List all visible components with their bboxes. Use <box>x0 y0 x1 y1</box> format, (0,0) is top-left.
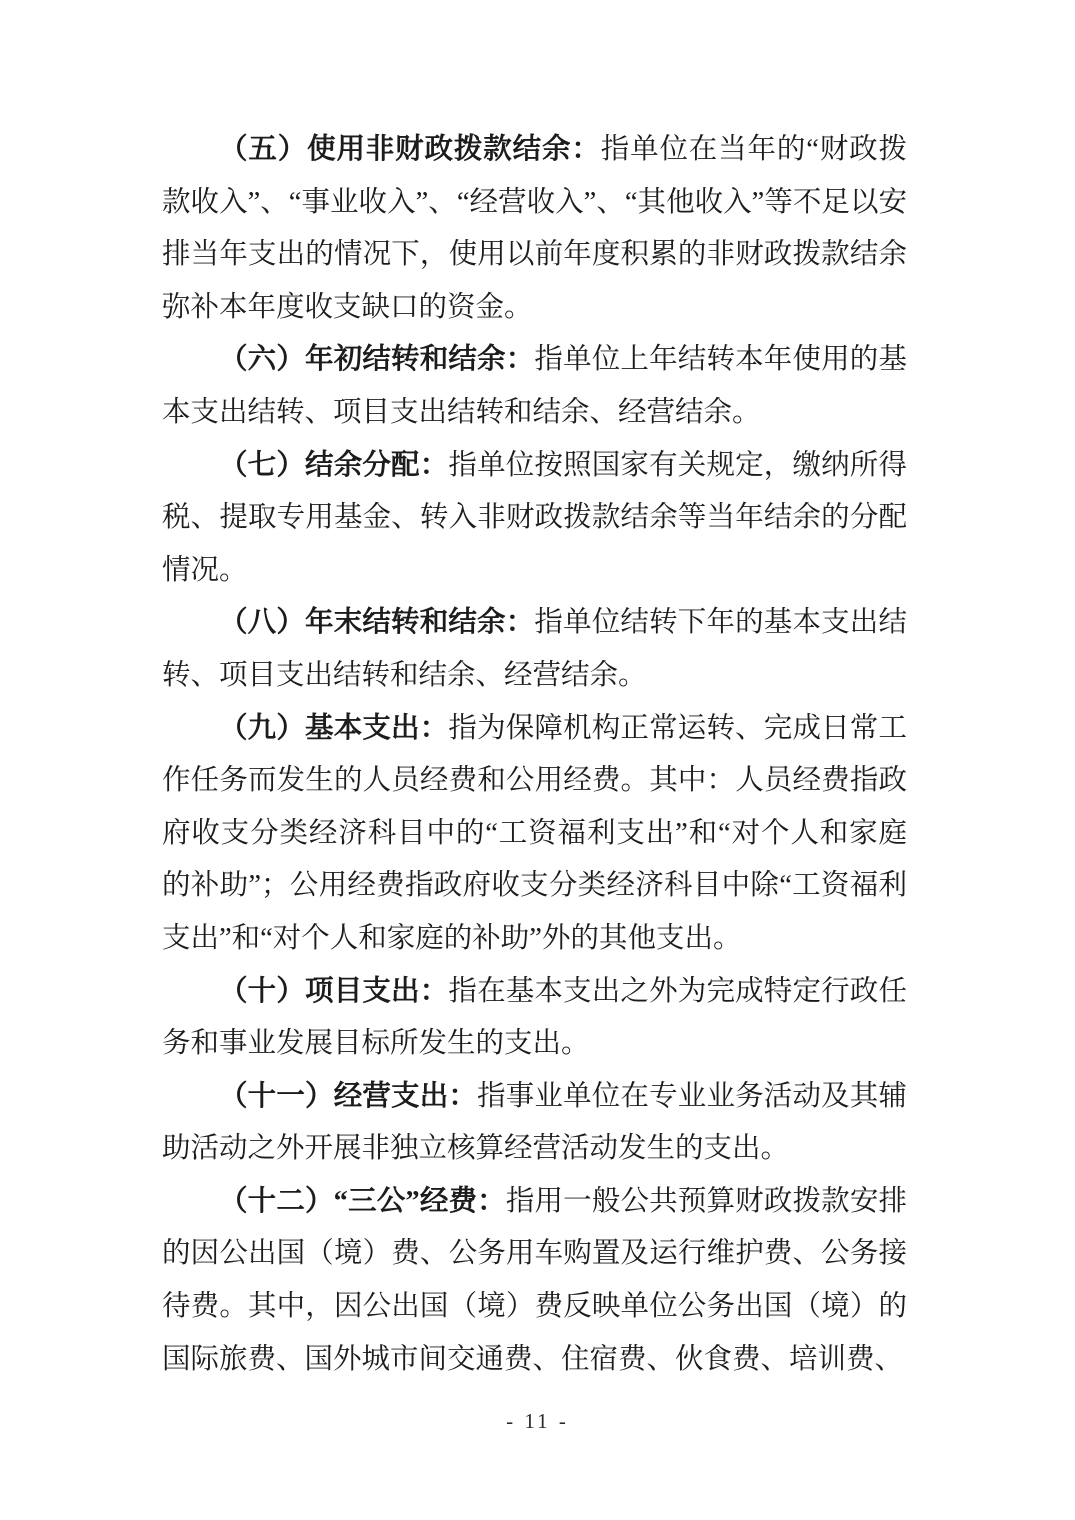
paragraph-heading: （八）年末结转和结余： <box>219 607 534 638</box>
paragraph-heading: （七）结余分配： <box>219 450 448 481</box>
paragraph: （五）使用非财政拨款结余：指单位在当年的“财政拨款收入”、“事业收入”、“经营收… <box>162 124 907 334</box>
paragraph-heading: （六）年初结转和结余： <box>219 344 534 375</box>
paragraph: （八）年末结转和结余：指单位结转下年的基本支出结转、项目支出结转和结余、经营结余… <box>162 597 907 702</box>
paragraph: （十二）“三公”经费：指用一般公共预算财政拨款安排的因公出国（境）费、公务用车购… <box>162 1176 907 1386</box>
page-number: - 11 - <box>0 1406 1075 1436</box>
paragraph-heading: （十一）经营支出： <box>219 1081 477 1112</box>
paragraph-heading: （九）基本支出： <box>219 713 448 744</box>
paragraph: （十一）经营支出：指事业单位在专业业务活动及其辅助活动之外开展非独立核算经营活动… <box>162 1071 907 1176</box>
paragraph: （十）项目支出：指在基本支出之外为完成特定行政任务和事业发展目标所发生的支出。 <box>162 966 907 1071</box>
paragraph: （九）基本支出：指为保障机构正常运转、完成日常工作任务而发生的人员经费和公用经费… <box>162 703 907 966</box>
paragraph-heading: （五）使用非财政拨款结余： <box>219 134 601 165</box>
paragraph: （六）年初结转和结余：指单位上年结转本年使用的基本支出结转、项目支出结转和结余、… <box>162 334 907 439</box>
paragraph-body: 指为保障机构正常运转、完成日常工作任务而发生的人员经费和公用经费。其中：人员经费… <box>162 713 907 954</box>
paragraph-heading: （十）项目支出： <box>219 976 448 1007</box>
paragraph: （七）结余分配：指单位按照国家有关规定，缴纳所得税、提取专用基金、转入非财政拨款… <box>162 440 907 598</box>
document-body: （五）使用非财政拨款结余：指单位在当年的“财政拨款收入”、“事业收入”、“经营收… <box>162 124 907 1386</box>
paragraph-heading: （十二）“三公”经费： <box>219 1186 506 1217</box>
document-page: （五）使用非财政拨款结余：指单位在当年的“财政拨款收入”、“事业收入”、“经营收… <box>0 0 1075 1520</box>
